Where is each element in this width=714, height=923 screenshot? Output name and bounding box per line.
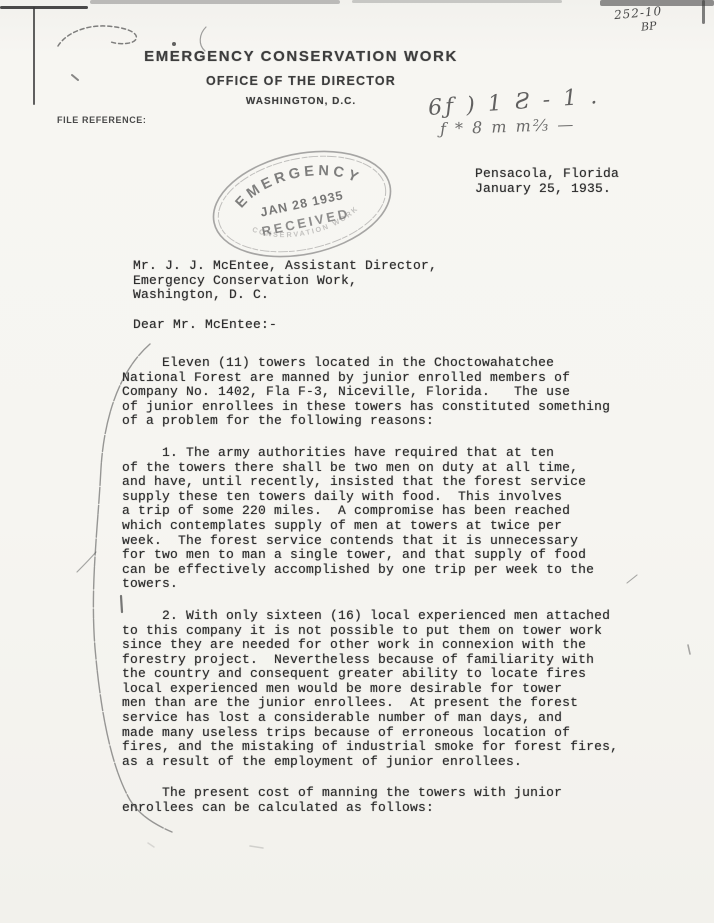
paragraph-intro: Eleven (11) towers located in the Chocto… <box>122 356 662 429</box>
stray-speck-1 <box>250 846 263 848</box>
paragraph-item-2: 2. With only sixteen (16) local experien… <box>122 609 662 770</box>
file-reference-label: FILE REFERENCE: <box>57 115 147 125</box>
scan-artifact-top-right-vertical <box>702 0 705 24</box>
scan-artifact-top-band-2 <box>352 0 562 3</box>
dateline: Pensacola, Florida January 25, 1935. <box>475 167 619 196</box>
received-stamp: EMERGENCY JAN 28 1935 RECEIVED CONSERVAT… <box>204 147 400 261</box>
stray-apostrophe <box>688 645 690 654</box>
letterhead-office: OFFICE OF THE DIRECTOR <box>0 74 602 88</box>
pencil-dot <box>172 42 176 46</box>
handwritten-initials: BP <box>640 19 657 34</box>
scan-artifact-top-band-1 <box>90 0 340 4</box>
scanned-letter-page: EMERGENCY CONSERVATION WORK OFFICE OF TH… <box>0 0 714 923</box>
pencil-scribble-top-left <box>58 26 136 46</box>
paragraph-closing: The present cost of manning the towers w… <box>122 786 662 815</box>
recipient-address: Mr. J. J. McEntee, Assistant Director, E… <box>133 259 437 303</box>
paragraph-item-1: 1. The army authorities have required th… <box>122 446 662 592</box>
letter-body: Eleven (11) towers located in the Chocto… <box>122 356 662 833</box>
stray-speck-2 <box>148 843 154 847</box>
handwritten-scrawl-line2: ƒ * 8 m m⅔ — <box>440 115 576 139</box>
letterhead-org-name: EMERGENCY CONSERVATION WORK <box>0 48 602 65</box>
left-margin-branch <box>77 552 96 572</box>
salutation: Dear Mr. McEntee:- <box>133 318 277 333</box>
scan-artifact-top-left-bar <box>0 6 88 9</box>
